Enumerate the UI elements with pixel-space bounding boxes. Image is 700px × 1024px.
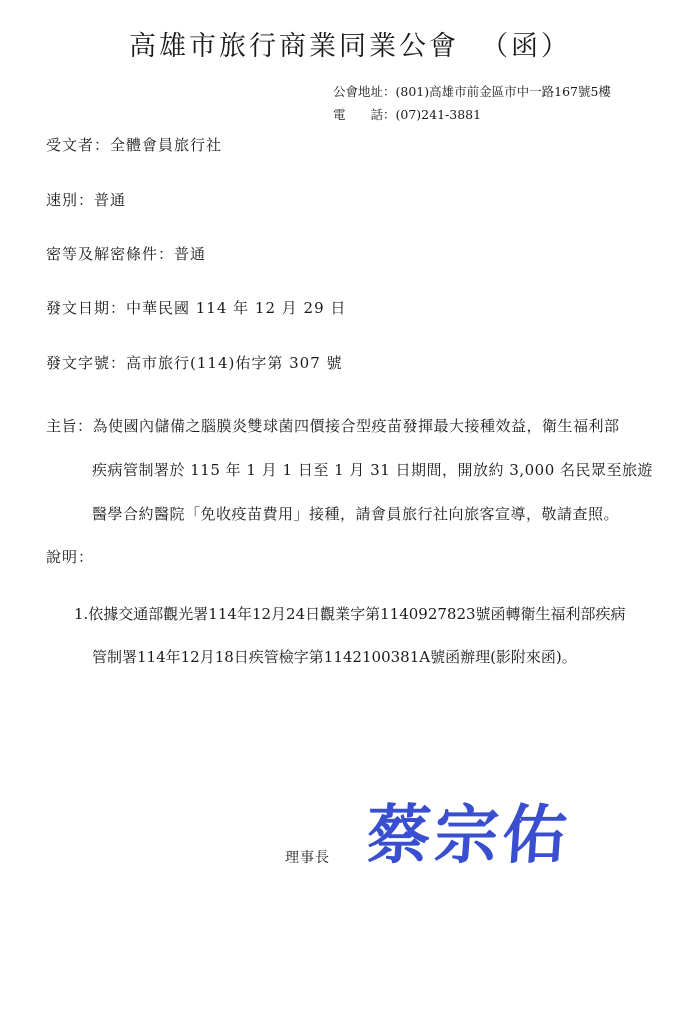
document-type-label: （函） xyxy=(481,31,571,62)
subject-line-1: 主旨：為使國內儲備之腦膜炎雙球菌四價接合型疫苗發揮最大接種效益，衛生福利部 xyxy=(46,404,696,448)
org-address: 公會地址：(801)高雄市前金區市中一路167號5樓 xyxy=(333,80,611,103)
signatory-title: 理事長 xyxy=(285,847,330,867)
org-name-heading: 高雄市旅行商業同業公會 xyxy=(129,31,459,62)
signature-stamp: 蔡宗佑 xyxy=(364,784,574,876)
subject-section: 主旨：為使國內儲備之腦膜炎雙球菌四價接合型疫苗發揮最大接種效益，衛生福利部 疾病… xyxy=(46,404,696,536)
explanation-item-1-line-2: 管制署114年12月18日疾管檢字第1142100381A號函辦理(影附來函)。 xyxy=(74,636,626,679)
signature-block: 理事長 蔡宗佑 xyxy=(285,778,605,888)
org-contact-info: 公會地址：(801)高雄市前金區市中一路167號5樓 電 話：(07)241-3… xyxy=(333,80,611,126)
recipient-field: 受文者：全體會員旅行社 xyxy=(46,134,222,155)
explanation-item-1: 1.依據交通部觀光署114年12月24日觀業字第1140927823號函轉衛生福… xyxy=(74,593,626,679)
issue-number-field: 發文字號：高市旅行(114)佑字第 307 號 xyxy=(46,352,343,373)
explanation-label: 說明： xyxy=(46,546,94,567)
document-title: 高雄市旅行商業同業公會（函） xyxy=(0,24,700,63)
subject-line-3: 醫學合約醫院「免收疫苗費用」接種，請會員旅行社向旅客宣導，敬請查照。 xyxy=(46,492,696,536)
official-letter-page: 高雄市旅行商業同業公會（函） 公會地址：(801)高雄市前金區市中一路167號5… xyxy=(0,0,700,1024)
org-phone: 電 話：(07)241-3881 xyxy=(333,103,611,126)
classification-field: 密等及解密條件：普通 xyxy=(46,243,206,264)
subject-line-2: 疾病管制署於 115 年 1 月 1 日至 1 月 31 日期間，開放約 3,0… xyxy=(46,448,696,492)
explanation-item-1-line-1: 1.依據交通部觀光署114年12月24日觀業字第1140927823號函轉衛生福… xyxy=(74,593,626,636)
issue-date-field: 發文日期：中華民國 114 年 12 月 29 日 xyxy=(46,297,346,318)
speed-field: 速別：普通 xyxy=(46,189,126,210)
